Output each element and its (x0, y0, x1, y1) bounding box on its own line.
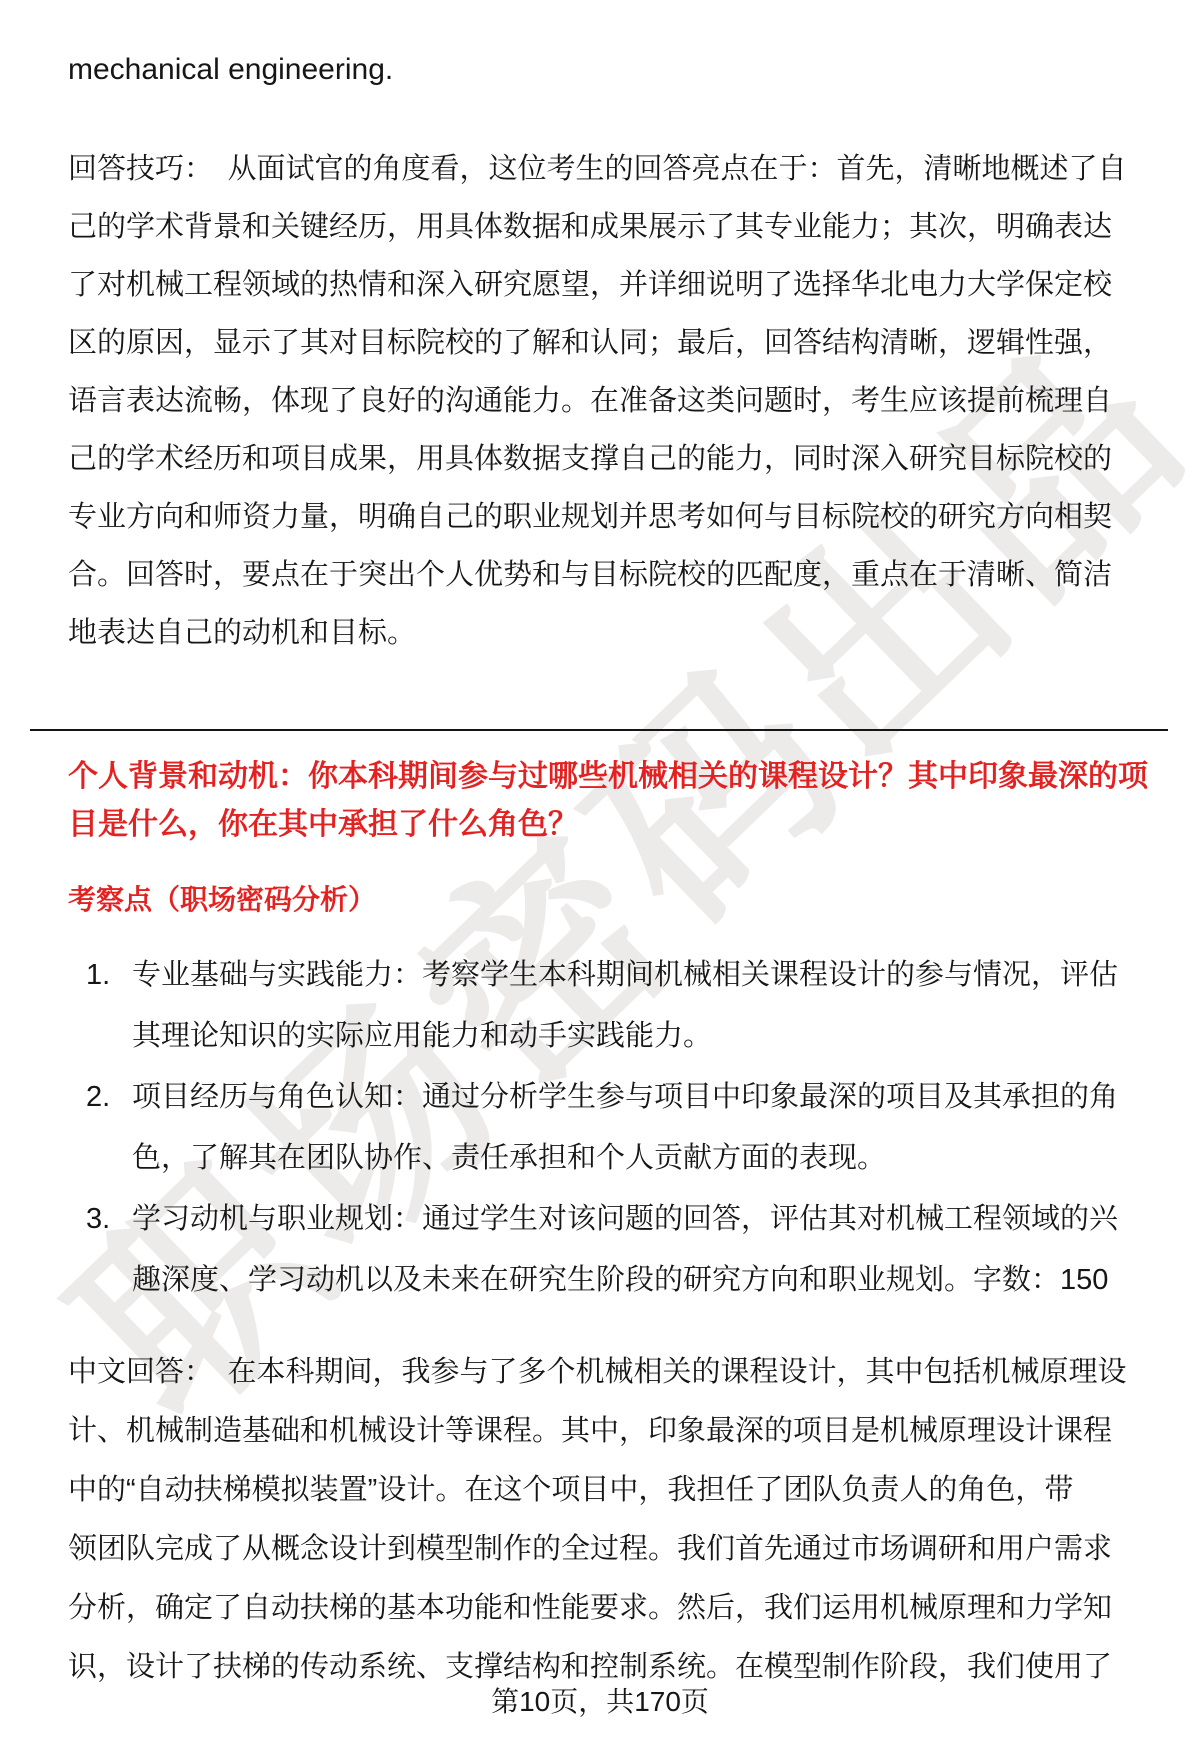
question-heading-line: 目是什么，你在其中承担了什么角色？ (68, 801, 1148, 849)
list-item: 1. 专业基础与实践能力：考察学生本科期间机械相关课程设计的参与情况，评估 其理… (86, 945, 1118, 1067)
paragraph-line: 计、机械制造基础和机械设计等课程。其中，印象最深的项目是机械原理设计课程 (68, 1402, 1127, 1461)
paragraph-line: 己的学术经历和项目成果，用具体数据支撑自己的能力，同时深入研究目标院校的 (68, 430, 1127, 488)
paragraph-line: 地表达自己的动机和目标。 (68, 604, 1127, 662)
paragraph-line: 合。回答时，要点在于突出个人优势和与目标院校的匹配度，重点在于清晰、简洁 (68, 546, 1127, 604)
list-item-line: 专业基础与实践能力：考察学生本科期间机械相关课程设计的参与情况，评估 (132, 945, 1118, 1006)
list-item-text: 学习动机与职业规划：通过学生对该问题的回答，评估其对机械工程领域的兴 趣深度、学… (132, 1189, 1118, 1311)
paragraph-line: 己的学术背景和关键经历，用具体数据和成果展示了其专业能力；其次，明确表达 (68, 198, 1127, 256)
paragraph-line: 回答技巧： 从面试官的角度看，这位考生的回答亮点在于：首先，清晰地概述了自 (68, 140, 1127, 198)
list-item-line: 学习动机与职业规划：通过学生对该问题的回答，评估其对机械工程领域的兴 (132, 1189, 1118, 1250)
list-item: 3. 学习动机与职业规划：通过学生对该问题的回答，评估其对机械工程领域的兴 趣深… (86, 1189, 1118, 1311)
paragraph-line: 中的“自动扶梯模拟装置”设计。在这个项目中，我担任了团队负责人的角色，带 (68, 1461, 1127, 1520)
list-item-number: 3. (86, 1189, 132, 1250)
question-heading-line: 个人背景和动机：你本科期间参与过哪些机械相关的课程设计？其中印象最深的项 (68, 753, 1148, 801)
list-item-number: 2. (86, 1067, 132, 1128)
exam-points-heading: 考察点（职场密码分析） (68, 880, 376, 920)
paragraph-line: 领团队完成了从概念设计到模型制作的全过程。我们首先通过市场调研和用户需求 (68, 1520, 1127, 1579)
section-divider (30, 729, 1168, 731)
list-item-line: 趣深度、学习动机以及未来在研究生阶段的研究方向和职业规划。字数：150 (132, 1250, 1118, 1311)
question-heading: 个人背景和动机：你本科期间参与过哪些机械相关的课程设计？其中印象最深的项 目是什… (68, 753, 1148, 849)
list-item-line: 色，了解其在团队协作、责任承担和个人贡献方面的表现。 (132, 1128, 1118, 1189)
document-page: 职场密码出品 mechanical engineering. 回答技巧： 从面试… (0, 0, 1200, 1755)
paragraph-line: 分析，确定了自动扶梯的基本功能和性能要求。然后，我们运用机械原理和力学知 (68, 1579, 1127, 1638)
list-item-line: 项目经历与角色认知：通过分析学生参与项目中印象最深的项目及其承担的角 (132, 1067, 1118, 1128)
paragraph-line: 语言表达流畅，体现了良好的沟通能力。在准备这类问题时，考生应该提前梳理自 (68, 372, 1127, 430)
paragraph-line: 区的原因，显示了其对目标院校的了解和认同；最后，回答结构清晰，逻辑性强， (68, 314, 1127, 372)
exam-points-list: 1. 专业基础与实践能力：考察学生本科期间机械相关课程设计的参与情况，评估 其理… (86, 945, 1118, 1311)
paragraph-line: 中文回答： 在本科期间，我参与了多个机械相关的课程设计，其中包括机械原理设 (68, 1343, 1127, 1402)
list-item-text: 项目经历与角色认知：通过分析学生参与项目中印象最深的项目及其承担的角 色，了解其… (132, 1067, 1118, 1189)
chinese-answer-paragraph: 中文回答： 在本科期间，我参与了多个机械相关的课程设计，其中包括机械原理设 计、… (68, 1343, 1127, 1697)
paragraph-line: 了对机械工程领域的热情和深入研究愿望，并详细说明了选择华北电力大学保定校 (68, 256, 1127, 314)
page-footer: 第10页，共170页 (0, 1684, 1200, 1720)
paragraph-line: 专业方向和师资力量，明确自己的职业规划并思考如何与目标院校的研究方向相契 (68, 488, 1127, 546)
list-item-number: 1. (86, 945, 132, 1006)
english-fragment-line: mechanical engineering. (68, 50, 393, 90)
answer-tips-paragraph: 回答技巧： 从面试官的角度看，这位考生的回答亮点在于：首先，清晰地概述了自 己的… (68, 140, 1127, 662)
list-item-line: 其理论知识的实际应用能力和动手实践能力。 (132, 1006, 1118, 1067)
list-item: 2. 项目经历与角色认知：通过分析学生参与项目中印象最深的项目及其承担的角 色，… (86, 1067, 1118, 1189)
list-item-text: 专业基础与实践能力：考察学生本科期间机械相关课程设计的参与情况，评估 其理论知识… (132, 945, 1118, 1067)
